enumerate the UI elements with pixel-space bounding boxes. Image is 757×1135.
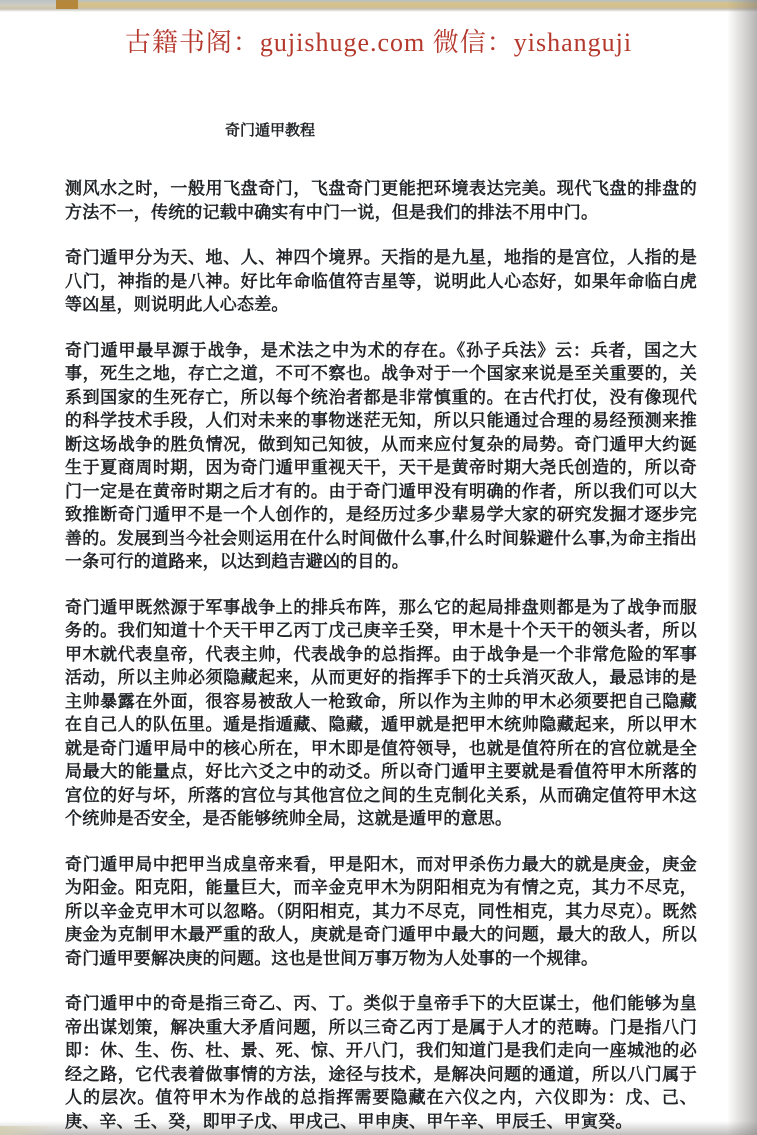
watermark-text: 古籍书阁：gujishuge.com 微信：yishanguji <box>0 0 757 59</box>
document-body: 测风水之时，一般用飞盘奇门，飞盘奇门更能把环境表达完美。现代飞盘的排盘的方法不一… <box>65 177 697 1133</box>
scan-edge-bottom-left <box>0 1126 62 1135</box>
paragraph: 测风水之时，一般用飞盘奇门，飞盘奇门更能把环境表达完美。现代飞盘的排盘的方法不一… <box>65 177 697 224</box>
paragraph: 奇门遁甲局中把甲当成皇帝来看，甲是阳木，而对甲杀伤力最大的就是庚金，庚金为阳金。… <box>65 853 697 971</box>
scan-edge-right <box>727 0 757 1135</box>
paragraph: 奇门遁甲分为天、地、人、神四个境界。天指的是九星，地指的是宫位，人指的是八门，神… <box>65 246 697 317</box>
paragraph: 奇门遁甲最早源于战争，是术法之中为术的存在。《孙子兵法》云：兵者，国之大事，死生… <box>65 339 697 574</box>
paragraph: 奇门遁甲既然源于军事战争上的排兵布阵，那么它的起局排盘则都是为了战争而服务的。我… <box>65 596 697 831</box>
paragraph: 奇门遁甲中的奇是指三奇乙、丙、丁。类似于皇帝手下的大臣谋士，他们能够为皇帝出谋划… <box>65 992 697 1133</box>
page-title: 奇门遁甲教程 <box>225 119 757 140</box>
